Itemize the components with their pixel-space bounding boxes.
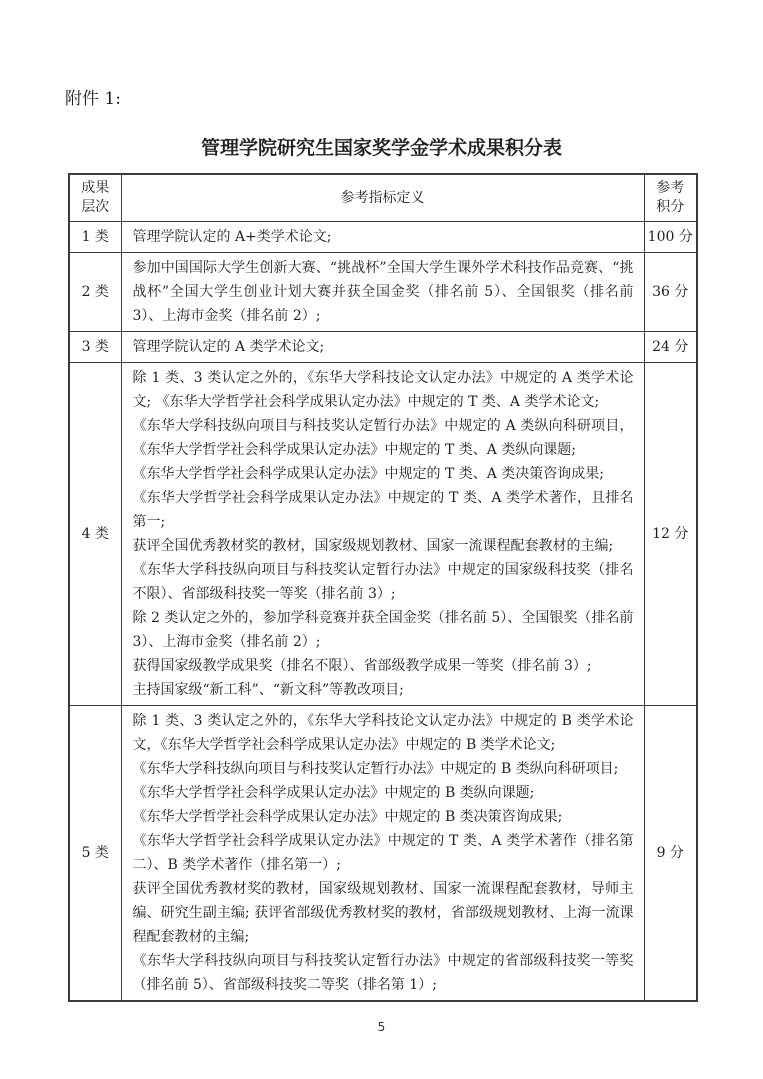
definition-item: 《东华大学哲学社会科学成果认定办法》中规定的 T 类、A 类决策咨询成果; bbox=[133, 462, 634, 486]
page-title: 管理学院研究生国家奖学金学术成果积分表 bbox=[0, 136, 763, 160]
points-cell: 12 分 bbox=[644, 363, 697, 706]
table-row: 2 类参加中国国际大学生创新大赛、“挑战杯”全国大学生课外学术科技作品竞赛、“挑… bbox=[69, 253, 697, 332]
definition-item: 管理学院认定的 A+类学术论文; bbox=[133, 225, 634, 249]
points-cell: 100 分 bbox=[644, 222, 697, 253]
table-row: 5 类除 1 类、3 类认定之外的，《东华大学科技论文认定办法》中规定的 B 类… bbox=[69, 706, 697, 1002]
table-row: 1 类管理学院认定的 A+类学术论文;100 分 bbox=[69, 222, 697, 253]
header-level: 成果层次 bbox=[69, 174, 121, 222]
points-table: 成果层次 参考指标定义 参考积分 1 类管理学院认定的 A+类学术论文;100 … bbox=[68, 173, 698, 1002]
definition-item: 《东华大学科技纵向项目与科技奖认定暂行办法》中规定的国家级科技奖（排名不限）、省… bbox=[133, 558, 634, 606]
definition-item: 《东华大学科技纵向项目与科技奖认定暂行办法》中规定的 B 类纵向科研项目; bbox=[133, 757, 634, 781]
table-row: 3 类管理学院认定的 A 类学术论文;24 分 bbox=[69, 332, 697, 363]
document-page: 附件 1: 管理学院研究生国家奖学金学术成果积分表 成果层次 参考指标定义 参考… bbox=[0, 0, 763, 1079]
table-header-row: 成果层次 参考指标定义 参考积分 bbox=[69, 174, 697, 222]
definition-item: 《东华大学哲学社会科学成果认定办法》中规定的 B 类纵向课题; bbox=[133, 781, 634, 805]
definition-item: 主持国家级“新工科”、“新文科”等教改项目; bbox=[133, 678, 634, 702]
points-cell: 36 分 bbox=[644, 253, 697, 332]
definition-cell: 管理学院认定的 A 类学术论文; bbox=[121, 332, 644, 363]
level-cell: 5 类 bbox=[69, 706, 121, 1002]
points-cell: 24 分 bbox=[644, 332, 697, 363]
definition-item: 除 1 类、3 类认定之外的，《东华大学科技论文认定办法》中规定的 A 类学术论… bbox=[133, 366, 634, 414]
points-cell: 9 分 bbox=[644, 706, 697, 1002]
definition-item: 除 1 类、3 类认定之外的，《东华大学科技论文认定办法》中规定的 B 类学术论… bbox=[133, 709, 634, 757]
level-cell: 3 类 bbox=[69, 332, 121, 363]
definition-item: 管理学院认定的 A 类学术论文; bbox=[133, 335, 634, 359]
attachment-label: 附件 1: bbox=[65, 88, 763, 110]
definition-item: 获评全国优秀教材奖的教材，国家级规划教材、国家一流课程配套教材，导师主编、研究生… bbox=[133, 877, 634, 949]
header-points: 参考积分 bbox=[644, 174, 697, 222]
table-row: 4 类除 1 类、3 类认定之外的，《东华大学科技论文认定办法》中规定的 A 类… bbox=[69, 363, 697, 706]
definition-cell: 管理学院认定的 A+类学术论文; bbox=[121, 222, 644, 253]
header-definition: 参考指标定义 bbox=[121, 174, 644, 222]
level-cell: 4 类 bbox=[69, 363, 121, 706]
definition-item: 《东华大学科技纵向项目与科技奖认定暂行办法》中规定的省部级科技奖一等奖（排名前 … bbox=[133, 949, 634, 997]
definition-cell: 除 1 类、3 类认定之外的，《东华大学科技论文认定办法》中规定的 A 类学术论… bbox=[121, 363, 644, 706]
definition-item: 获得国家级教学成果奖（排名不限）、省部级教学成果一等奖（排名前 3）; bbox=[133, 654, 634, 678]
page-number: 5 bbox=[0, 1020, 763, 1034]
definition-item: 除 2 类认定之外的，参加学科竞赛并获全国金奖（排名前 5）、全国银奖（排名前 … bbox=[133, 606, 634, 654]
definition-item: 《东华大学科技纵向项目与科技奖认定暂行办法》中规定的 A 类纵向科研项目，《东华… bbox=[133, 414, 634, 462]
level-cell: 1 类 bbox=[69, 222, 121, 253]
definition-cell: 除 1 类、3 类认定之外的，《东华大学科技论文认定办法》中规定的 B 类学术论… bbox=[121, 706, 644, 1002]
definition-cell: 参加中国国际大学生创新大赛、“挑战杯”全国大学生课外学术科技作品竞赛、“挑战杯”… bbox=[121, 253, 644, 332]
definition-item: 《东华大学哲学社会科学成果认定办法》中规定的 T 类、A 类学术著作，且排名第一… bbox=[133, 486, 634, 534]
definition-item: 《东华大学哲学社会科学成果认定办法》中规定的 T 类、A 类学术著作（排名第二）… bbox=[133, 829, 634, 877]
definition-item: 获评全国优秀教材奖的教材，国家级规划教材、国家一流课程配套教材的主编; bbox=[133, 534, 634, 558]
level-cell: 2 类 bbox=[69, 253, 121, 332]
definition-item: 《东华大学哲学社会科学成果认定办法》中规定的 B 类决策咨询成果; bbox=[133, 805, 634, 829]
definition-item: 参加中国国际大学生创新大赛、“挑战杯”全国大学生课外学术科技作品竞赛、“挑战杯”… bbox=[133, 256, 634, 328]
